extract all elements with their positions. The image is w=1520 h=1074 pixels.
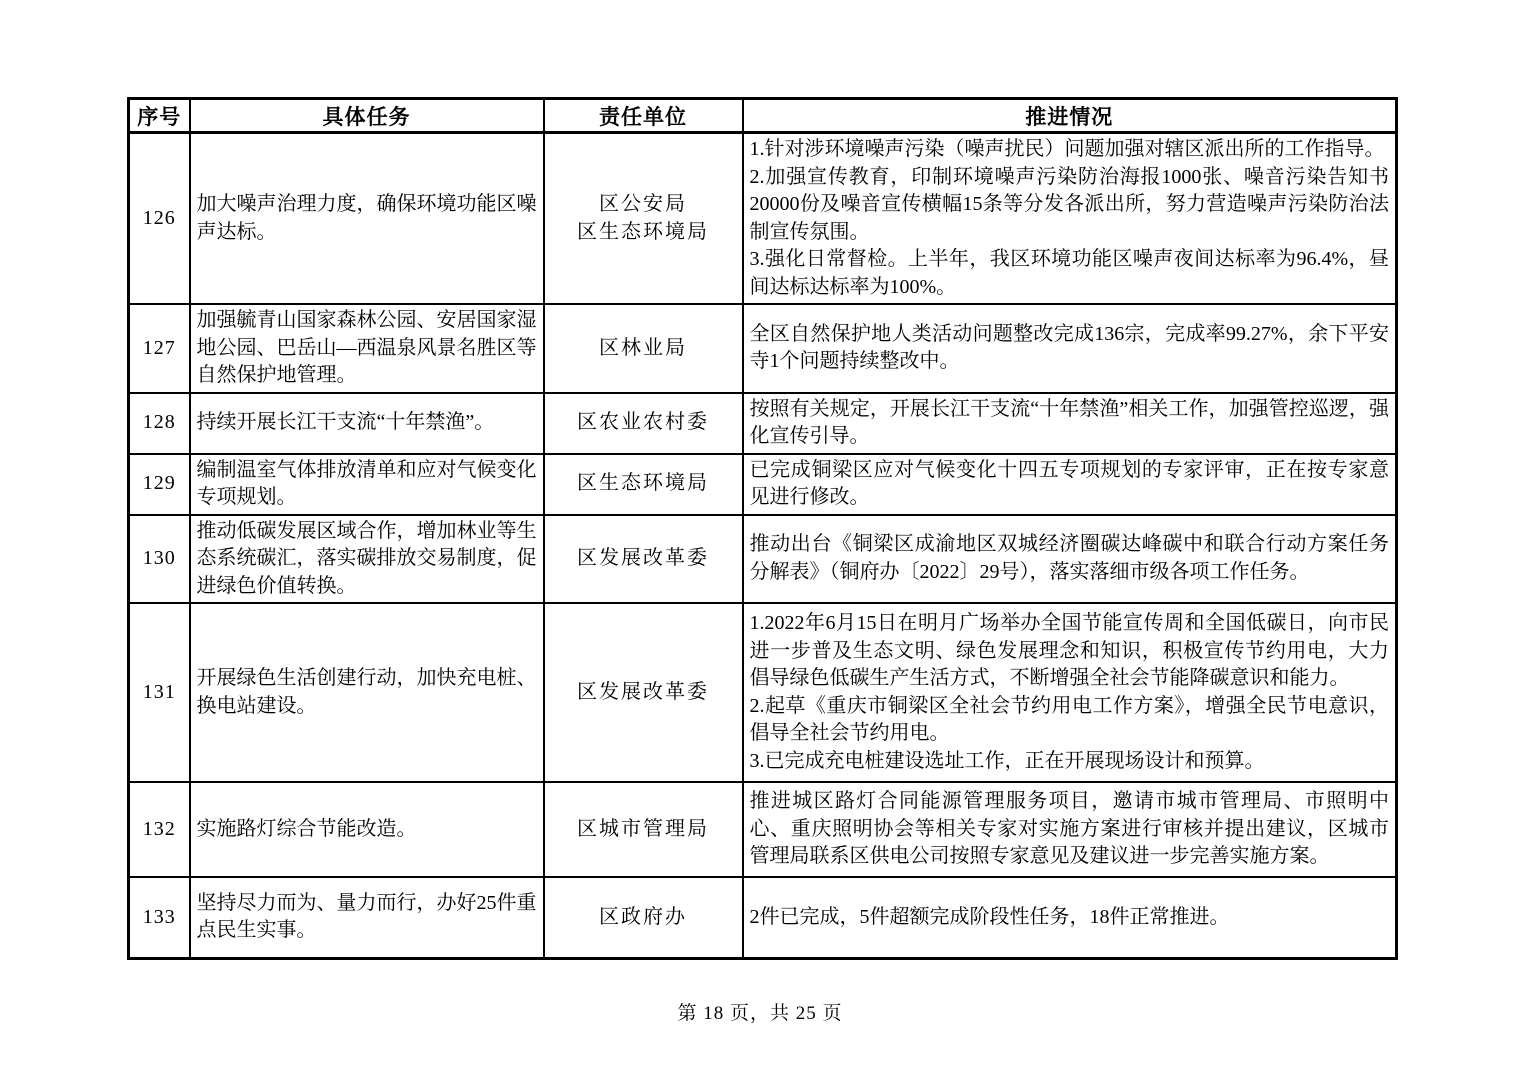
task-text: 加强毓青山国家森林公园、安居国家湿地公园、巴岳山—西温泉风景名胜区等自然保护地管… — [190, 304, 544, 393]
table-row-126: 126 加大噪声治理力度，确保环境功能区噪声达标。 区公安局 区生态环境局 1.… — [129, 133, 1397, 305]
table-row-131: 131 开展绿色生活创建行动，加快充电桩、换电站建设。 区发展改革委 1.202… — [129, 603, 1397, 782]
serial-number: 131 — [129, 603, 190, 782]
task-progress-table: 序号 具体任务 责任单位 推进情况 126 加大噪声治理力度，确保环境功能区噪声… — [127, 97, 1398, 960]
responsible-unit: 区农业农村委 — [544, 393, 743, 454]
serial-number: 130 — [129, 515, 190, 604]
table-row-129: 129 编制温室气体排放清单和应对气候变化专项规划。 区生态环境局 已完成铜梁区… — [129, 454, 1397, 515]
responsible-unit: 区生态环境局 — [544, 454, 743, 515]
responsible-unit: 区林业局 — [544, 304, 743, 393]
task-text: 开展绿色生活创建行动，加快充电桩、换电站建设。 — [190, 603, 544, 782]
table-row-132: 132 实施路灯综合节能改造。 区城市管理局 推进城区路灯合同能源管理服务项目，… — [129, 782, 1397, 877]
responsible-unit: 区城市管理局 — [544, 782, 743, 877]
progress-text: 1.针对涉环境噪声污染（噪声扰民）问题加强对辖区派出所的工作指导。 2.加强宣传… — [743, 133, 1397, 305]
responsible-unit: 区政府办 — [544, 877, 743, 958]
table-row-130: 130 推动低碳发展区域合作，增加林业等生态系统碳汇，落实碳排放交易制度，促进绿… — [129, 515, 1397, 604]
serial-number: 128 — [129, 393, 190, 454]
progress-text: 1.2022年6月15日在明月广场举办全国节能宣传周和全国低碳日，向市民进一步普… — [743, 603, 1397, 782]
progress-text: 已完成铜梁区应对气候变化十四五专项规划的专家评审，正在按专家意见进行修改。 — [743, 454, 1397, 515]
column-header-progress: 推进情况 — [743, 99, 1397, 133]
page-footer: 第 18 页，共 25 页 — [0, 998, 1520, 1025]
table-header-row: 序号 具体任务 责任单位 推进情况 — [129, 99, 1397, 133]
task-text: 加大噪声治理力度，确保环境功能区噪声达标。 — [190, 133, 544, 305]
serial-number: 132 — [129, 782, 190, 877]
column-header-serial: 序号 — [129, 99, 190, 133]
task-text: 实施路灯综合节能改造。 — [190, 782, 544, 877]
column-header-unit: 责任单位 — [544, 99, 743, 133]
progress-text: 全区自然保护地人类活动问题整改完成136宗，完成率99.27%，余下平安寺1个问… — [743, 304, 1397, 393]
table-row-133: 133 坚持尽力而为、量力而行，办好25件重点民生实事。 区政府办 2件已完成，… — [129, 877, 1397, 958]
progress-text: 推动出台《铜梁区成渝地区双城经济圈碳达峰碳中和联合行动方案任务分解表》（铜府办〔… — [743, 515, 1397, 604]
table-row-127: 127 加强毓青山国家森林公园、安居国家湿地公园、巴岳山—西温泉风景名胜区等自然… — [129, 304, 1397, 393]
responsible-unit: 区发展改革委 — [544, 603, 743, 782]
progress-text: 2件已完成，5件超额完成阶段性任务，18件正常推进。 — [743, 877, 1397, 958]
column-header-task: 具体任务 — [190, 99, 544, 133]
serial-number: 127 — [129, 304, 190, 393]
progress-text: 按照有关规定，开展长江干支流“十年禁渔”相关工作，加强管控巡逻，强化宣传引导。 — [743, 393, 1397, 454]
table-body: 126 加大噪声治理力度，确保环境功能区噪声达标。 区公安局 区生态环境局 1.… — [129, 133, 1397, 959]
serial-number: 126 — [129, 133, 190, 305]
document-page: 序号 具体任务 责任单位 推进情况 126 加大噪声治理力度，确保环境功能区噪声… — [0, 0, 1520, 1074]
progress-text: 推进城区路灯合同能源管理服务项目，邀请市城市管理局、市照明中心、重庆照明协会等相… — [743, 782, 1397, 877]
task-text: 坚持尽力而为、量力而行，办好25件重点民生实事。 — [190, 877, 544, 958]
serial-number: 133 — [129, 877, 190, 958]
serial-number: 129 — [129, 454, 190, 515]
task-text: 推动低碳发展区域合作，增加林业等生态系统碳汇，落实碳排放交易制度，促进绿色价值转… — [190, 515, 544, 604]
table-row-128: 128 持续开展长江干支流“十年禁渔”。 区农业农村委 按照有关规定，开展长江干… — [129, 393, 1397, 454]
responsible-unit: 区公安局 区生态环境局 — [544, 133, 743, 305]
task-text: 编制温室气体排放清单和应对气候变化专项规划。 — [190, 454, 544, 515]
task-text: 持续开展长江干支流“十年禁渔”。 — [190, 393, 544, 454]
responsible-unit: 区发展改革委 — [544, 515, 743, 604]
